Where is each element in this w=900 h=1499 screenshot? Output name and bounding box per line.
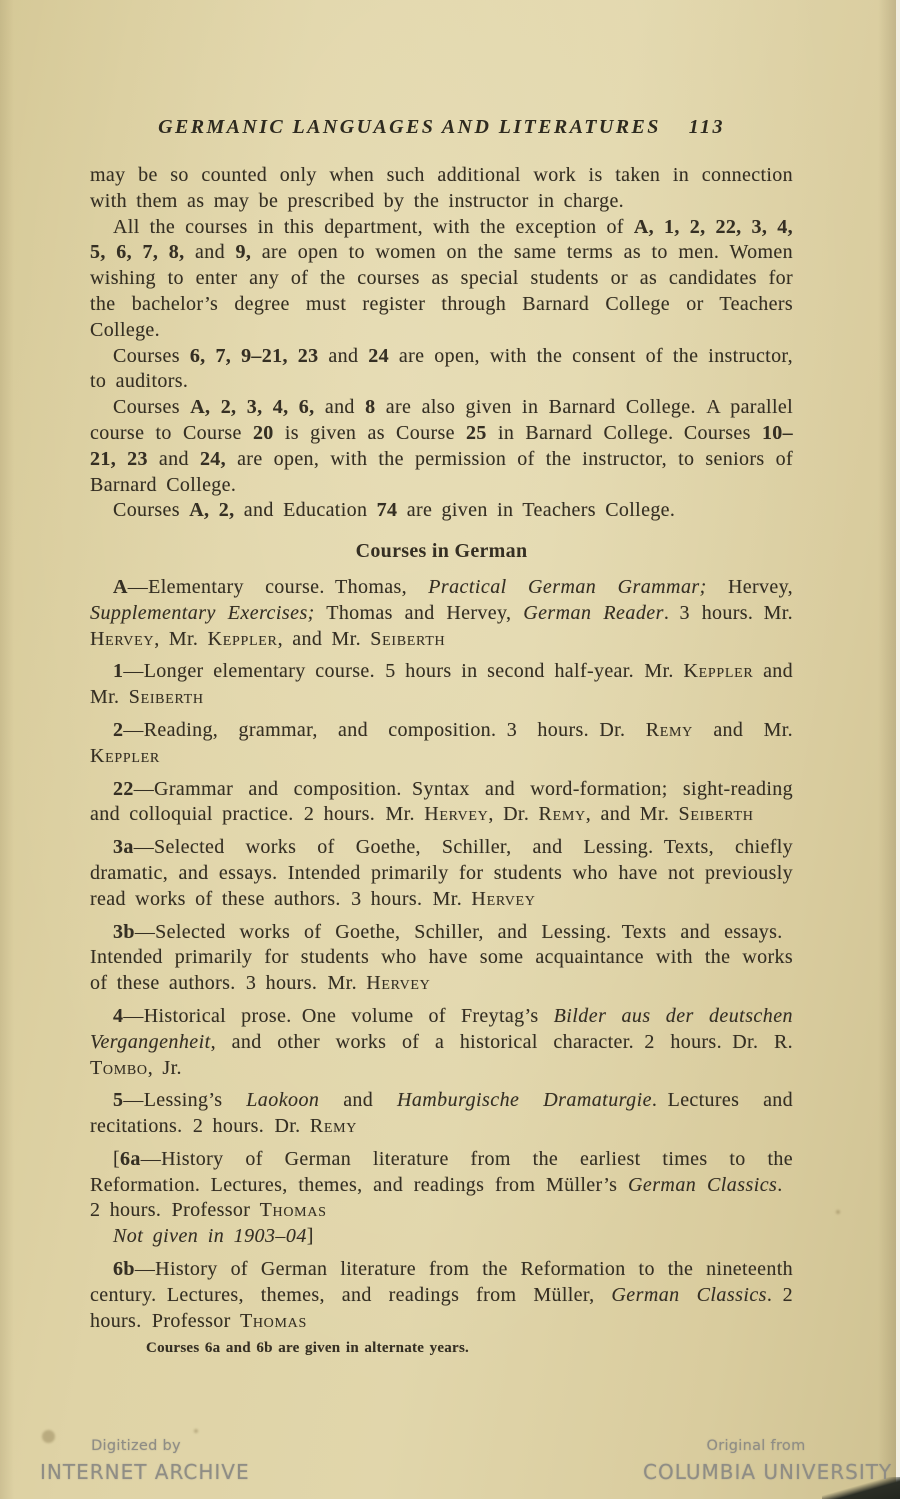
page-title: GERMANIC LANGUAGES AND LITERATURES (158, 116, 661, 139)
text-run: may be so counted only when such additio… (90, 164, 793, 212)
text-run: , Mr. (154, 628, 207, 650)
text-run: is given as Course (274, 422, 466, 444)
page-number: 113 (689, 116, 725, 139)
section-heading: Courses in German (90, 539, 793, 565)
text-run: —Selected works of Goethe, Schiller, and… (90, 921, 793, 995)
text-run: —Selected works of Goethe, Schiller, and… (90, 836, 793, 910)
text-run: A (113, 576, 128, 598)
text-run: 25 (466, 422, 487, 444)
paper-speck (194, 1429, 198, 1433)
text-run: 3a (113, 836, 134, 858)
text-run: 2 (113, 719, 123, 741)
text-run: German Classics (628, 1174, 777, 1196)
text-run: Courses (113, 499, 189, 521)
text-run: A, 2, 3, 4, 6, (190, 396, 314, 418)
course-entry-6b: 6b—History of German literature from the… (90, 1257, 793, 1334)
text-run: , Jr. (148, 1057, 182, 1079)
watermark-internet-archive: Digitized by INTERNET ARCHIVE (40, 1438, 232, 1484)
text-run: in Barnard College. Courses (487, 422, 762, 444)
text-run: , Dr. (488, 803, 538, 825)
text-run: 3b (113, 921, 135, 943)
text-run: German Classics (611, 1284, 767, 1306)
text-run: 22 (113, 778, 134, 800)
text-run: Courses (113, 396, 190, 418)
text-run: ] (307, 1225, 314, 1247)
text-run: Tombo (90, 1057, 148, 1079)
running-header: GERMANIC LANGUAGES AND LITERATURES 113 (90, 116, 793, 139)
text-run: Keppler (208, 628, 278, 650)
text-run: German Reader (523, 602, 664, 624)
course-entry-5: 5—Lessing’s Laokoon and Hamburgische Dra… (90, 1088, 793, 1140)
paragraph-open-to-auditors: Courses 6, 7, 9–21, 23 and 24 are open, … (90, 344, 793, 396)
page-left-edge-shade (0, 0, 14, 1499)
course-entry-3a: 3a—Selected works of Goethe, Schiller, a… (90, 835, 793, 912)
scan-right-margin (896, 0, 900, 1499)
text-run: —Historical prose. One volume of Freytag… (123, 1005, 553, 1027)
alternate-years-note: Courses 6a and 6b are given in alternate… (146, 1338, 793, 1358)
text-run: and (148, 448, 200, 470)
paper-speck (836, 1210, 840, 1214)
text-run: . 3 hours. Mr. (664, 602, 793, 624)
text-run: , and Mr. (278, 628, 371, 650)
text-run: Keppler (683, 660, 753, 682)
text-run: [ (113, 1148, 120, 1170)
text-run: Remy (539, 803, 586, 825)
original-from-label: Original from (643, 1438, 869, 1454)
text-run: and (184, 241, 235, 263)
paragraph-teachers-college: Courses A, 2, and Education 74 are given… (90, 498, 793, 524)
text-run: and (318, 345, 368, 367)
text-run: Thomas and Hervey, (315, 602, 523, 624)
text-run: Thomas (240, 1310, 307, 1332)
text-run: Hervey (471, 888, 535, 910)
text-run: Keppler (90, 745, 160, 767)
text-run: , and other works of a historical charac… (211, 1031, 793, 1053)
paragraph-continuation: may be so counted only when such additio… (90, 163, 793, 215)
book-page-scan: GERMANIC LANGUAGES AND LITERATURES 113 m… (0, 0, 900, 1499)
text-run: Hamburgische Dramaturgie (397, 1089, 652, 1111)
text-run: and (315, 396, 366, 418)
text-run: are given in Teachers College. (397, 499, 675, 521)
text-run: Hervey, (707, 576, 793, 598)
text-run: Hervey (90, 628, 154, 650)
text-run: 5 (113, 1089, 123, 1111)
text-run: 6b (113, 1258, 135, 1280)
course-entry-1: 1—Longer elementary course. 5 hours in s… (90, 659, 793, 711)
text-run: Laokoon (246, 1089, 319, 1111)
course-6a-not-given-note: Not given in 1903–04] (90, 1224, 793, 1250)
text-run: 74 (377, 499, 398, 521)
text-run: Not given in 1903–04 (113, 1225, 307, 1247)
paragraph-barnard-college: Courses A, 2, 3, 4, 6, and 8 are also gi… (90, 395, 793, 498)
text-block: GERMANIC LANGUAGES AND LITERATURES 113 m… (90, 116, 793, 1358)
text-run: 24, (200, 448, 226, 470)
text-run: 4 (113, 1005, 123, 1027)
text-run: —Elementary course. Thomas, (128, 576, 428, 598)
course-entry-3b: 3b—Selected works of Goethe, Schiller, a… (90, 920, 793, 997)
digitized-by-label: Digitized by (40, 1438, 232, 1454)
text-run: 6a (120, 1148, 141, 1170)
text-run: Supplementary Exercises; (90, 602, 315, 624)
text-run: and (319, 1089, 397, 1111)
course-entry-4: 4—Historical prose. One volume of Freyta… (90, 1004, 793, 1081)
page-right-edge-shade (878, 0, 896, 1499)
text-run: Practical German Grammar; (428, 576, 707, 598)
text-run: Seiberth (679, 803, 754, 825)
text-run: —Longer elementary course. 5 hours in se… (123, 660, 683, 682)
course-entry-2: 2—Reading, grammar, and composition. 3 h… (90, 718, 793, 770)
text-run: , and Mr. (586, 803, 679, 825)
course-entry-22: 22—Grammar and composition. Syntax and w… (90, 777, 793, 829)
text-run: Hervey (366, 972, 430, 994)
text-run: 9, (235, 241, 251, 263)
text-run: 20 (253, 422, 274, 444)
text-run: —Lessing’s (123, 1089, 246, 1111)
text-run: 8 (365, 396, 375, 418)
text-run: Hervey (424, 803, 488, 825)
text-run: A, 2, (189, 499, 234, 521)
course-entry-a: A—Elementary course. Thomas, Practical G… (90, 575, 793, 652)
text-run: and Mr. (693, 719, 793, 741)
internet-archive-label: INTERNET ARCHIVE (40, 1460, 232, 1484)
text-run: Remy (646, 719, 693, 741)
text-run: and Education (234, 499, 376, 521)
text-run: Seiberth (129, 686, 204, 708)
text-run: 6, 7, 9–21, 23 (190, 345, 319, 367)
text-run: All the courses in this department, with… (113, 216, 634, 238)
text-run: —Reading, grammar, and composition. 3 ho… (123, 719, 645, 741)
paragraph-courses-open-to-women: All the courses in this department, with… (90, 215, 793, 344)
text-run: Seiberth (370, 628, 445, 650)
text-run: 24 (368, 345, 389, 367)
text-run: 1 (113, 660, 123, 682)
watermark-columbia-university: Original from COLUMBIA UNIVERSITY (643, 1438, 869, 1484)
text-run: Courses (113, 345, 190, 367)
columbia-university-label: COLUMBIA UNIVERSITY (643, 1460, 869, 1484)
text-run: Thomas (260, 1199, 327, 1221)
text-run: Remy (310, 1115, 357, 1137)
text-run: Courses 6a and 6b are given in alternate… (146, 1340, 469, 1356)
course-entry-6a: [6a—History of German literature from th… (90, 1147, 793, 1224)
